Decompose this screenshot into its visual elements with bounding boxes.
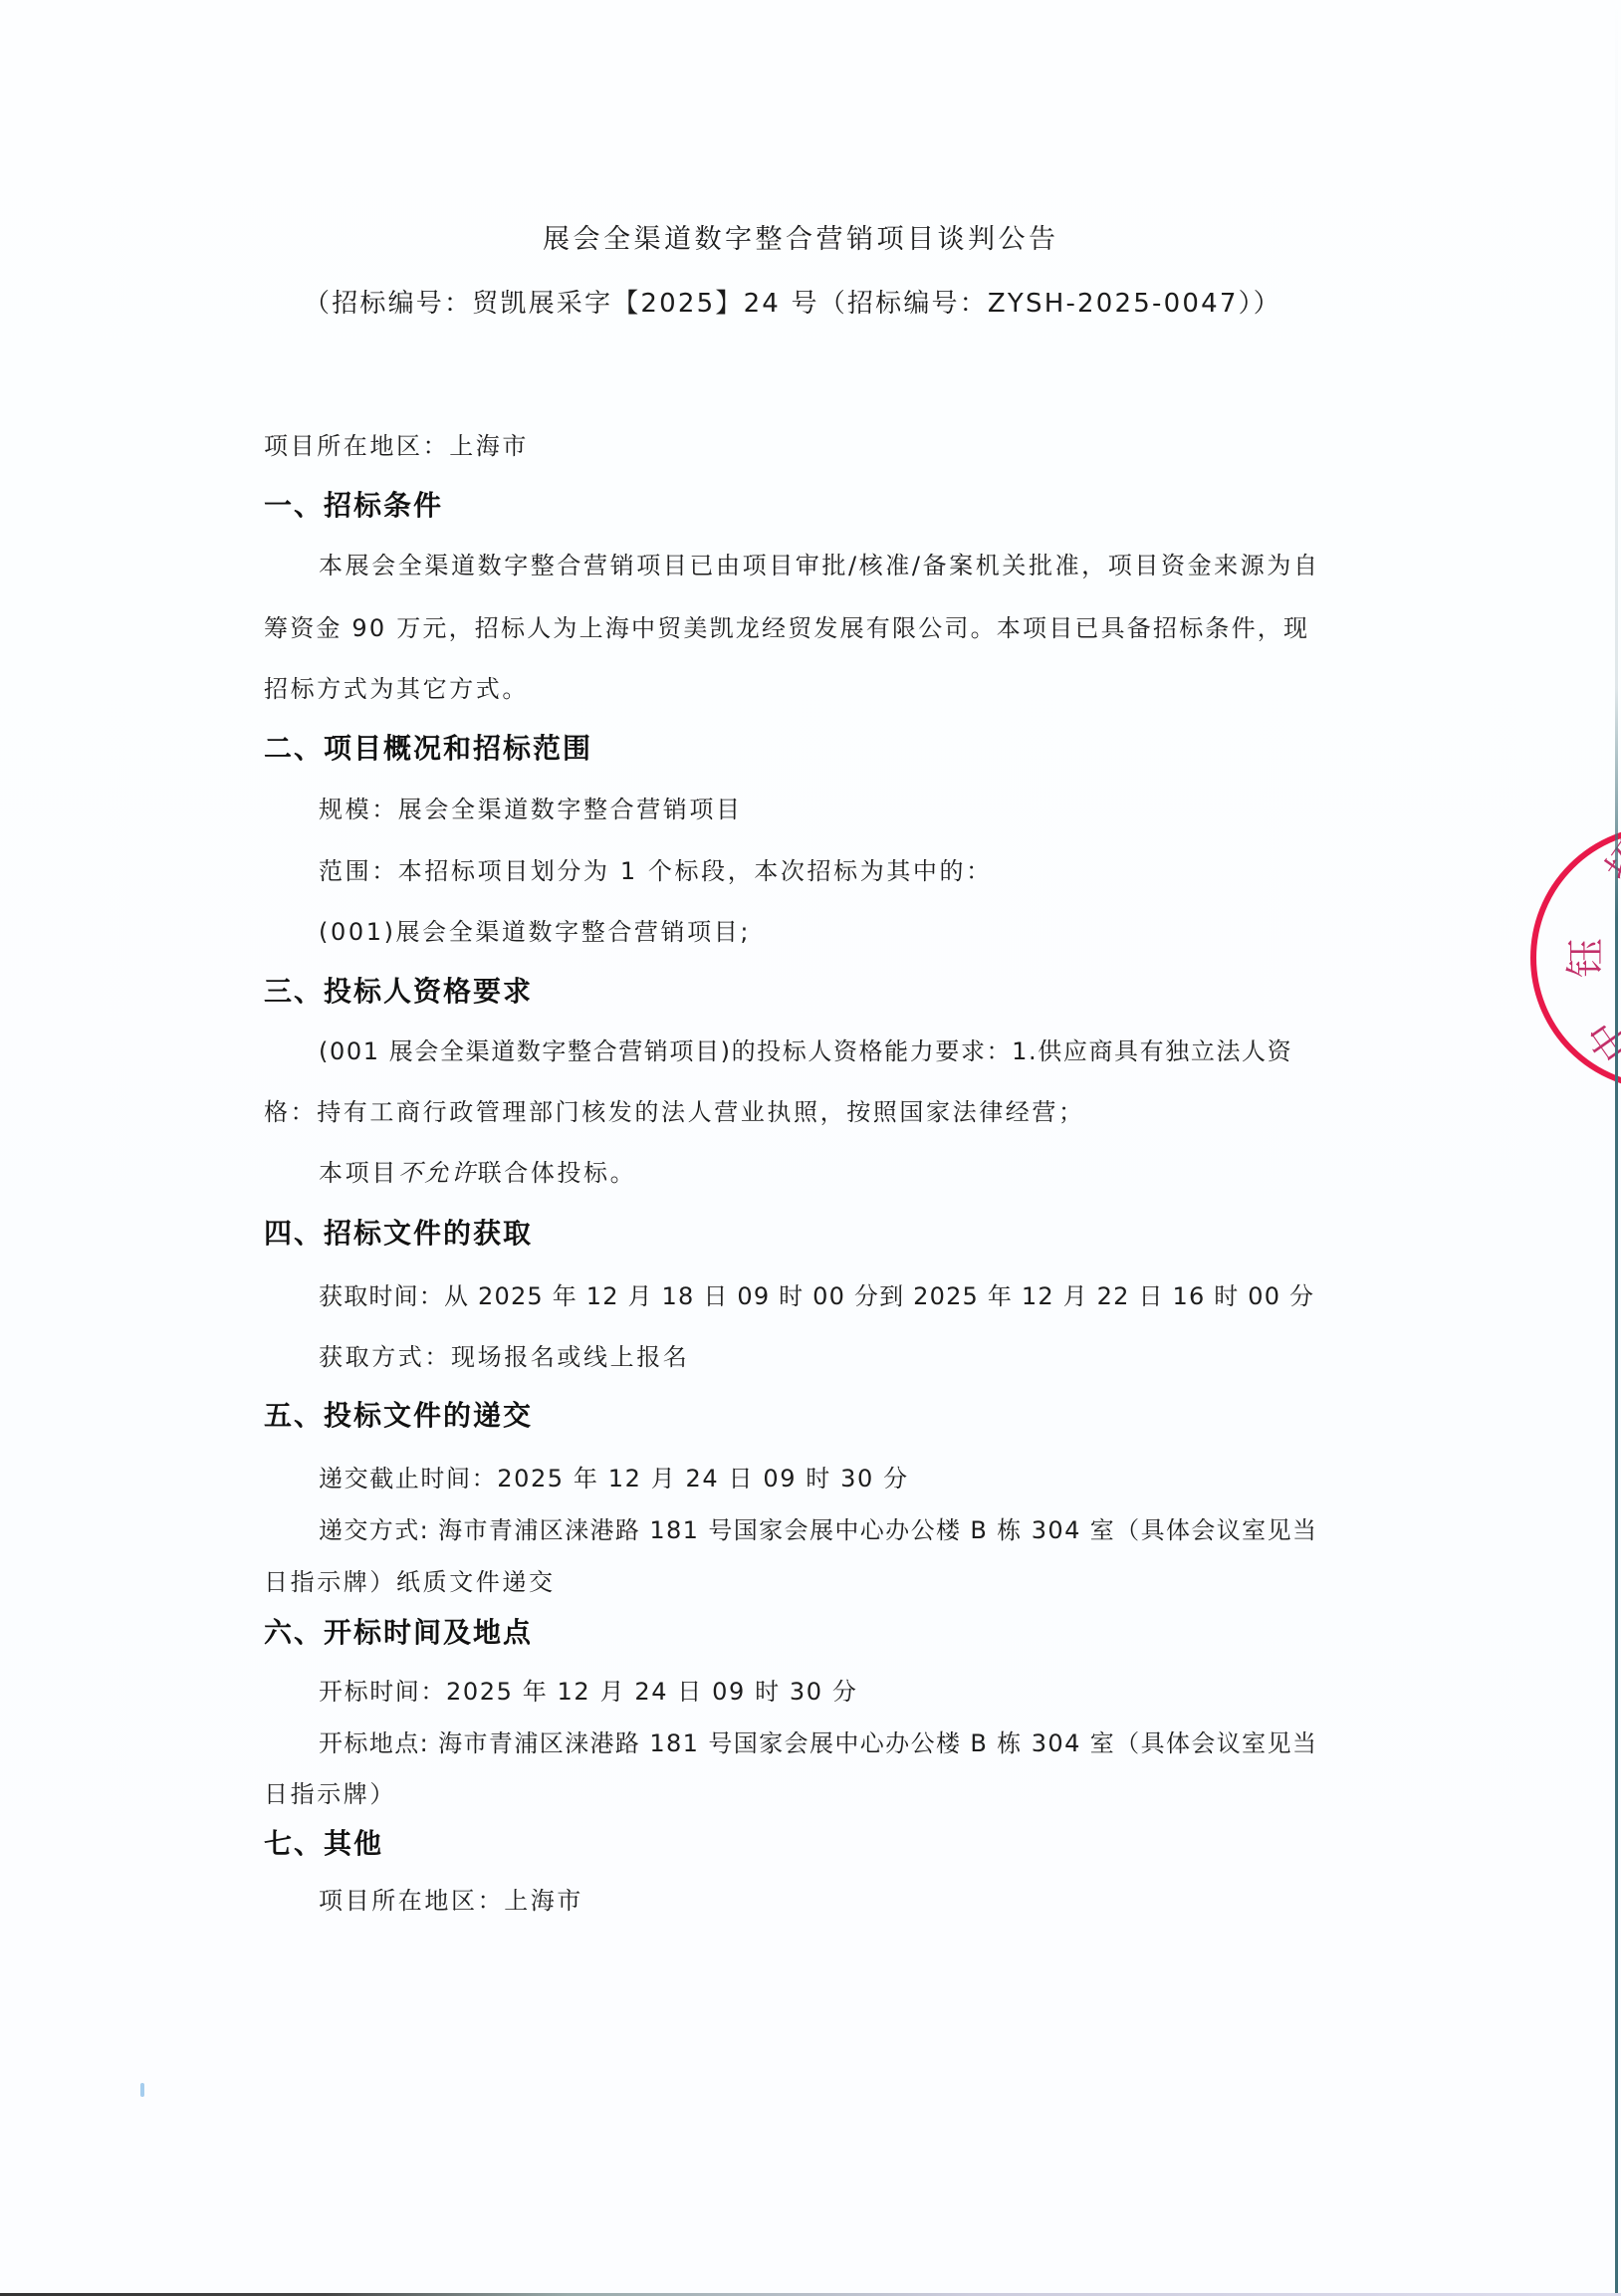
- official-seal-stamp: 招 钰 中: [1529, 824, 1621, 1091]
- section-heading-4: 四、招标文件的获取: [264, 1219, 533, 1249]
- section-heading-5: 五、投标文件的递交: [264, 1401, 533, 1431]
- section-1-line-2: 筹资金 90 万元，招标人为上海中贸美凯龙经贸发展有限公司。本项目已具备招标条件…: [264, 613, 1309, 643]
- consortium-emphasis: 不允许: [398, 1159, 478, 1187]
- section-6-line-1: 开标时间：2025 年 12 月 24 日 09 时 30 分: [319, 1677, 858, 1707]
- section-7-line-1: 项目所在地区：上海市: [319, 1886, 583, 1916]
- section-4-line-1: 获取时间：从 2025 年 12 月 18 日 09 时 00 分到 2025 …: [319, 1281, 1314, 1311]
- section-1-line-3: 招标方式为其它方式。: [264, 674, 529, 704]
- section-heading-3: 三、投标人资格要求: [264, 977, 533, 1007]
- section-5-line-2: 递交方式: 海市青浦区涞港路 181 号国家会展中心办公楼 B 栋 304 室（…: [319, 1515, 1317, 1545]
- document-page: 展会全渠道数字整合营销项目谈判公告 （招标编号：贸凯展采字【2025】24 号（…: [0, 0, 1621, 2296]
- section-5-line-3: 日指示牌）纸质文件递交: [264, 1567, 556, 1597]
- section-5-line-1: 递交截止时间：2025 年 12 月 24 日 09 时 30 分: [319, 1464, 909, 1493]
- document-title: 展会全渠道数字整合营销项目谈判公告: [543, 225, 1059, 255]
- section-3-line-2: 格：持有工商行政管理部门核发的法人营业执照，按照国家法律经营；: [264, 1097, 1085, 1127]
- scan-speck: [140, 2083, 144, 2097]
- section-2-line-3: (001)展会全渠道数字整合营销项目;: [319, 917, 751, 947]
- section-6-line-3: 日指示牌）: [264, 1779, 396, 1809]
- scan-right-edge: [1615, 0, 1618, 2296]
- section-4-line-2: 获取方式：现场报名或线上报名: [319, 1342, 689, 1372]
- section-2-line-2: 范围：本招标项目划分为 1 个标段，本次招标为其中的：: [319, 856, 993, 886]
- section-heading-7: 七、其他: [264, 1829, 383, 1859]
- consortium-prefix: 本项目: [319, 1159, 398, 1187]
- document-subtitle: （招标编号：贸凯展采字【2025】24 号（招标编号：ZYSH-2025-004…: [304, 289, 1281, 319]
- section-heading-6: 六、开标时间及地点: [264, 1618, 533, 1648]
- consortium-suffix: 联合体投标。: [478, 1159, 637, 1187]
- section-2-line-1: 规模：展会全渠道数字整合营销项目: [319, 795, 743, 824]
- section-1-line-1: 本展会全渠道数字整合营销项目已由项目审批/核准/备案机关批准，项目资金来源为自: [319, 551, 1320, 580]
- section-3-line-1: (001 展会全渠道数字整合营销项目)的投标人资格能力要求：1.供应商具有独立法…: [319, 1036, 1292, 1066]
- stamp-char-2: 钰: [1563, 938, 1609, 978]
- section-heading-1: 一、招标条件: [264, 491, 443, 521]
- region-line: 项目所在地区：上海市: [264, 431, 529, 461]
- section-heading-2: 二、项目概况和招标范围: [264, 734, 592, 764]
- section-6-line-2: 开标地点: 海市青浦区涞港路 181 号国家会展中心办公楼 B 栋 304 室（…: [319, 1728, 1317, 1758]
- section-3-consortium-line: 本项目不允许联合体投标。: [319, 1158, 636, 1188]
